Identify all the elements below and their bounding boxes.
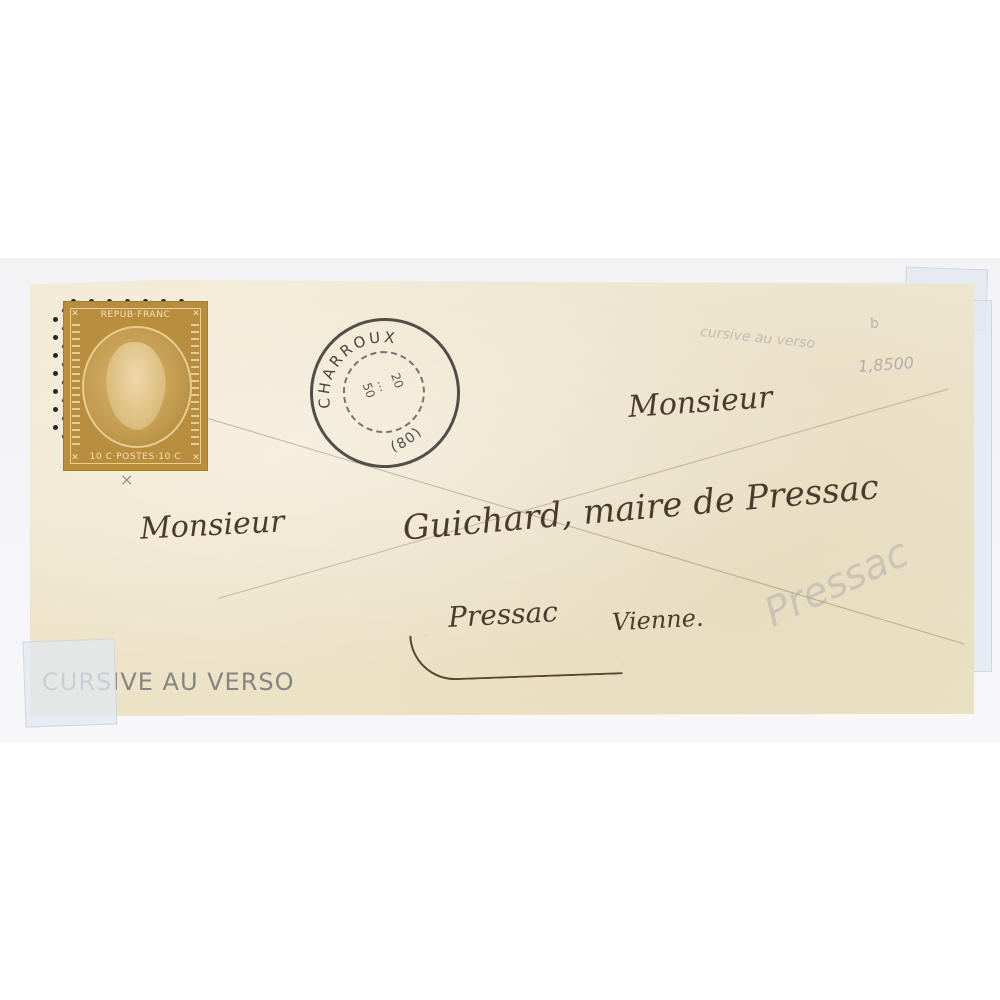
obliteration-dot	[53, 425, 58, 430]
address-town: Pressac	[447, 595, 558, 634]
pencil-note-faint: b	[870, 316, 879, 332]
stamp-side-ornament	[72, 324, 80, 448]
protective-sleeve-corner	[23, 638, 118, 727]
pencil-mark-cross: ×	[120, 470, 133, 489]
obliteration-dot	[53, 389, 58, 394]
ceres-medallion	[82, 326, 192, 448]
ceres-stamp: ✕ ✕ ✕ ✕ REPUB·FRANC 10 C·POSTES·10 C	[64, 302, 207, 470]
ceres-head-icon	[106, 342, 166, 430]
obliteration-dot	[53, 353, 58, 358]
cds-postmark: CHARROUX (80) 20 … 50	[305, 313, 465, 473]
obliteration-dot	[53, 407, 58, 412]
obliteration-dot	[53, 317, 58, 322]
stamp-top-legend: REPUB·FRANC	[76, 308, 195, 322]
address-region: Vienne.	[611, 604, 704, 637]
stamp-bottom-legend: 10 C·POSTES·10 C	[76, 450, 195, 464]
obliteration-dot	[53, 371, 58, 376]
stamp-side-ornament	[191, 324, 199, 448]
address-flourish	[409, 628, 622, 681]
obliteration-dot	[53, 335, 58, 340]
pencil-note-price: 1,8500	[857, 353, 914, 376]
